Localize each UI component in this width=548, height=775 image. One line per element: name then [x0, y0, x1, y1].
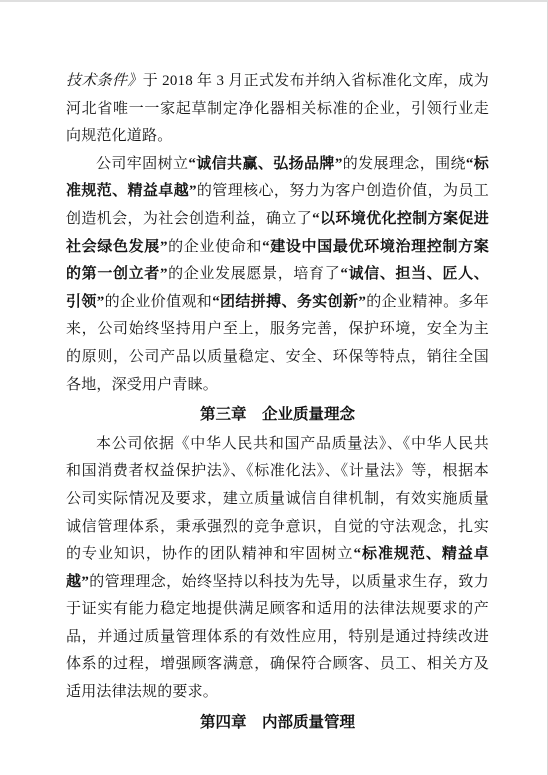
emphasized-text-run: “团结拼搏、务实创新”	[212, 294, 366, 310]
document-page-content: 技术条件》于 2018 年 3 月正式发布并纳入省标准化文库，成为河北省唯一一家…	[0, 2, 547, 736]
text-run: 公司牢固树立	[96, 156, 188, 172]
chapter-heading: 第三章 企业质量理念	[66, 401, 489, 429]
text-run: 的企业发展愿景，培育了	[168, 266, 341, 282]
body-paragraph: 技术条件》于 2018 年 3 月正式发布并纳入省标准化文库，成为河北省唯一一家…	[66, 68, 489, 151]
chapter-heading: 第四章 内部质量管理	[66, 709, 489, 737]
text-run: 本公司依据《中华人民共和国产品质量法》、《中华人民共和国消费者权益保护法》、《标…	[66, 436, 489, 562]
body-paragraph: 公司牢固树立“诚信共赢、弘扬品牌”的发展理念，围绕“标准规范、精益卓越”的管理核…	[66, 151, 489, 399]
title-text-run: 技术条件》	[66, 73, 143, 89]
emphasized-text-run: 第三章 企业质量理念	[200, 406, 355, 423]
document-page: 技术条件》于 2018 年 3 月正式发布并纳入省标准化文库，成为河北省唯一一家…	[0, 0, 548, 775]
text-run: 的管理理念，始终坚持以科技为先导，以质量求生存，致力于证实有能力稳定地提供满足顾…	[66, 574, 489, 700]
emphasized-text-run: 第四章 内部质量管理	[200, 714, 355, 731]
text-run: 的企业价值观和	[104, 294, 212, 310]
text-run: 的企业使命和	[168, 239, 262, 255]
text-run: 的发展理念，围绕	[343, 156, 466, 172]
emphasized-text-run: “诚信共赢、弘扬品牌”	[188, 156, 342, 172]
body-paragraph: 本公司依据《中华人民共和国产品质量法》、《中华人民共和国消费者权益保护法》、《标…	[66, 431, 489, 707]
